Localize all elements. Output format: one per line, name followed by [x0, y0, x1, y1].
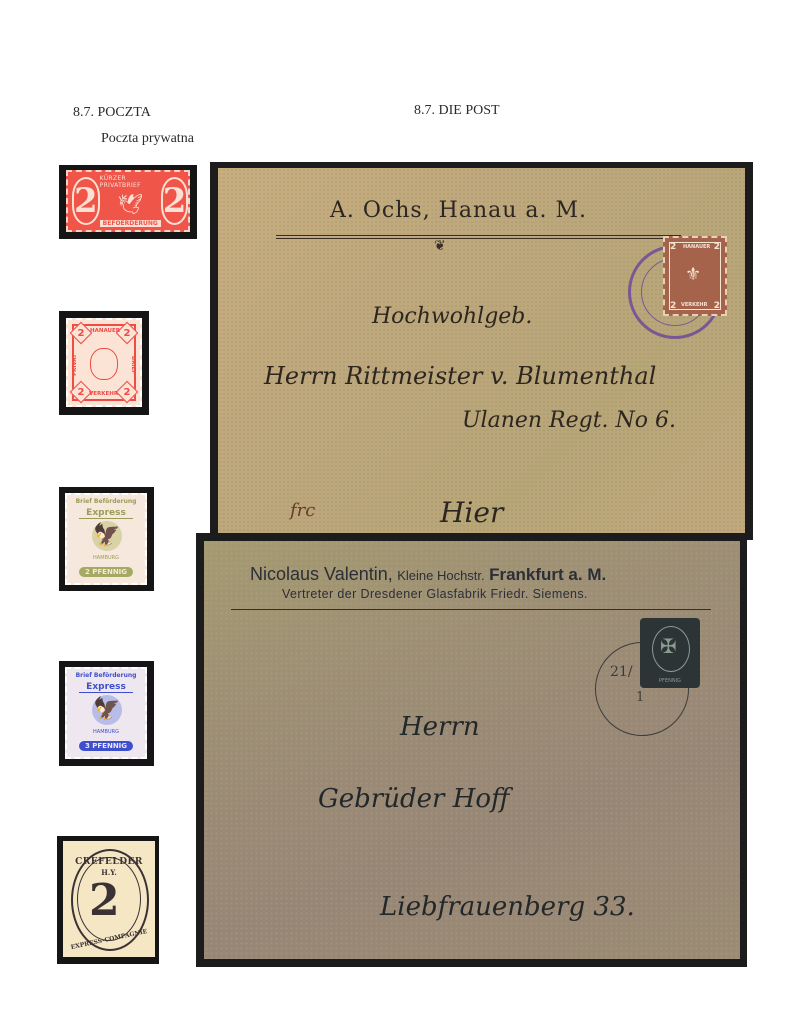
sender-subtitle: Vertreter der Dresdener Glasfabrik Fried…	[282, 587, 588, 601]
stamp-value: 2	[714, 242, 720, 252]
stamp-value: 2	[161, 177, 189, 225]
envelope-sender: Nicolaus Valentin, Kleine Hochstr. Frank…	[250, 564, 606, 585]
stamp-value-text: 2 PFENNIG	[79, 567, 133, 577]
stamp-express-olive: Brief Beförderung Express 🦅 HAMBURG 2 PF…	[65, 493, 147, 585]
address-line: Ulanen Regt. No 6.	[462, 408, 676, 433]
stamp-city: HAMBURG	[87, 555, 125, 561]
stamp-bottom-text: VERKEHR	[681, 302, 707, 308]
postmark-date: 21/	[610, 664, 633, 680]
address-line: Herrn	[400, 712, 480, 742]
stamp-value: 2	[72, 177, 100, 225]
address-line: Liebfrauenberg 33.	[380, 892, 635, 922]
stamp-value: 2	[670, 301, 676, 311]
address-line: Herrn Rittmeister v. Blumenthal	[264, 362, 656, 390]
frei-mark: frc	[290, 500, 315, 521]
envelope-sender: A. Ochs, Hanau a. M.	[330, 198, 587, 223]
numeral-two-icon: 2	[89, 875, 120, 926]
eagle-icon: 🦅	[92, 695, 122, 725]
envelope-ochs-hanau	[218, 168, 745, 536]
sender-city: Frankfurt a. M.	[489, 565, 606, 584]
stamp-express-blue: Brief Beförderung Express 🦅 HAMBURG 3 PF…	[65, 667, 147, 759]
stamp-right-text: BRIEF	[130, 356, 136, 374]
stamp-city: HAMBURG	[87, 729, 125, 735]
stamp-top-text: KÜRZER PRIVATBRIEF	[100, 175, 161, 189]
pigeon-with-letter-icon: 🕊	[118, 195, 143, 215]
stamp-value: 2	[124, 387, 131, 398]
stamp-value: 2	[670, 242, 676, 252]
ornament-icon: ❦	[434, 238, 446, 255]
stamp-bottom-text: PFENNIG	[640, 678, 700, 684]
stamp-bottom-text: VERKEHR	[89, 391, 118, 397]
stamp-private-letter-red: 2 KÜRZER PRIVATBRIEF 🕊 BEFOERDERUNG 2	[66, 170, 190, 232]
section-heading-polish: 8.7. POCZTA	[73, 105, 151, 121]
stamp-value: 2	[78, 387, 85, 398]
section-heading-german: 8.7. DIE POST	[414, 103, 500, 119]
stamp-value: 2	[714, 301, 720, 311]
divider	[276, 235, 681, 239]
postmark-number: 1	[636, 690, 644, 705]
stamp-left-text: PRIVAT	[72, 354, 78, 376]
coat-of-arms-icon	[90, 348, 118, 380]
stamp-title: Express	[79, 682, 133, 693]
sender-street: Kleine Hochstr.	[397, 568, 484, 583]
address-line: Gebrüder Hoff	[318, 784, 509, 814]
stamp-top-text: Brief Beförderung	[73, 672, 139, 679]
stamp-value: 2	[124, 328, 131, 339]
destination: Hier	[440, 496, 503, 529]
envelope-stamp-imprint: ✠ PFENNIG	[640, 618, 700, 688]
stamp-bottom-text: BEFOERDERUNG	[100, 220, 161, 227]
stamp-crefelder: CREFELDER H.Y. 2 EXPRESS-COMPAGNIE	[63, 841, 155, 957]
stamp-title: Express	[79, 508, 133, 519]
eagle-icon: 🦅	[92, 521, 122, 551]
address-line: Hochwohlgeb.	[372, 304, 532, 329]
section-subheading-polish: Poczta prywatna	[101, 131, 194, 147]
stamp-top-text: Brief Beförderung	[73, 498, 139, 505]
envelope-stamp-hanauer: HANAUER VERKEHR 2 2 2 2 ⚜	[663, 236, 727, 316]
stamp-value: 2	[78, 328, 85, 339]
divider	[231, 609, 711, 610]
coat-of-arms-icon: ⚜	[685, 264, 701, 285]
eagle-icon: ✠	[660, 636, 677, 656]
stamp-top-text: CREFELDER	[63, 857, 155, 867]
stamp-hanauer-red: 2 2 2 2 HANAUER VERKEHR PRIVAT BRIEF	[66, 318, 142, 407]
stamp-value-text: 3 PFENNIG	[79, 741, 133, 751]
sender-name: Nicolaus Valentin,	[250, 564, 393, 584]
stamp-top-text: HANAUER	[90, 328, 120, 334]
stamp-top-text: HANAUER	[683, 244, 710, 250]
